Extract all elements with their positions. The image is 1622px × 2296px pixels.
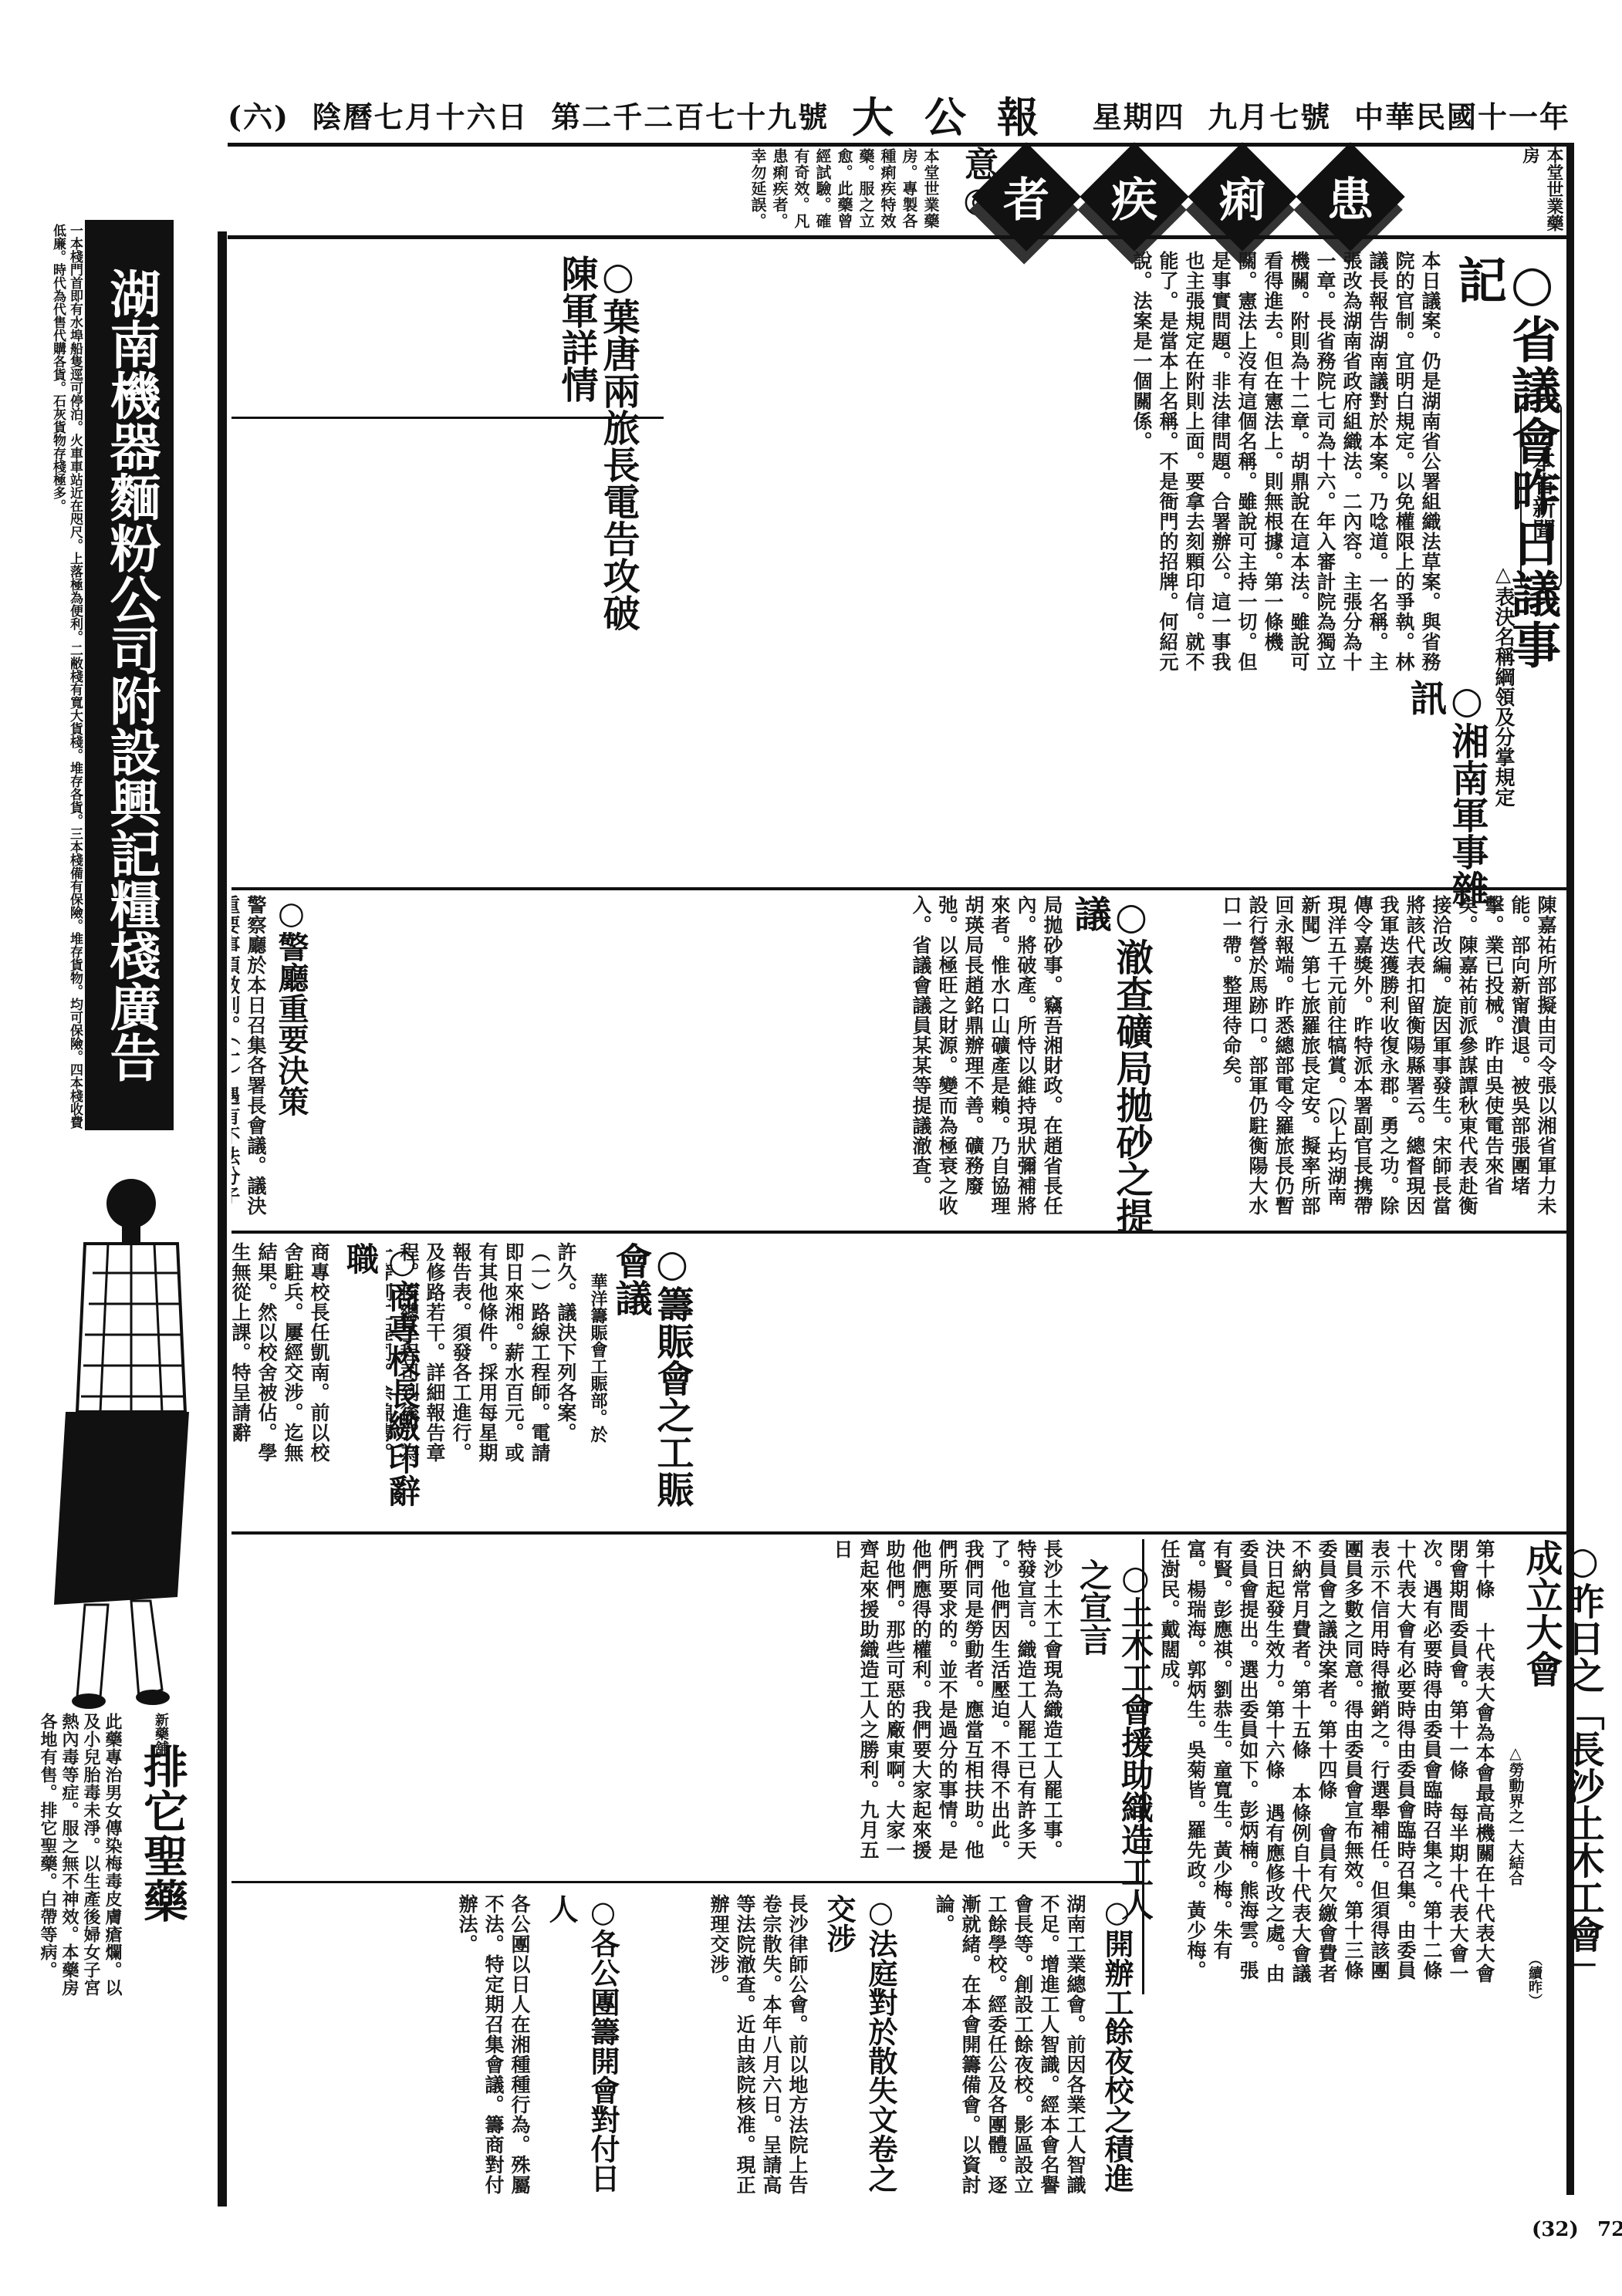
page-marker: (六) bbox=[228, 93, 289, 136]
lunar-date: 陰曆七月十六日 bbox=[313, 93, 529, 136]
page-number: (32) bbox=[1532, 2218, 1579, 2241]
body-changsha-union: 第十條 十代表大會為本會最高機關在十代表大會閉會期間委員會。第十一條 每半期十代… bbox=[1157, 1539, 1497, 1994]
date: 九月七號 bbox=[1208, 93, 1331, 136]
headline-circle-icon: ○ bbox=[1110, 895, 1153, 938]
subhead-relief: 華洋籌賑會工賑部。於 bbox=[586, 1273, 610, 1504]
headline-commerce-school: ○商專校長繳印辭職 bbox=[340, 1242, 423, 1520]
mid-rule-3 bbox=[231, 1531, 1566, 1535]
headline-circle-icon: ○ bbox=[596, 255, 640, 298]
continued-marker: （續昨） bbox=[1524, 1952, 1544, 2007]
mid-rule-1 bbox=[231, 887, 1566, 890]
headline-circle-icon: ○ bbox=[1503, 255, 1561, 314]
date-roc: 中華民國十一年 bbox=[1354, 93, 1570, 136]
mid-rule-2 bbox=[231, 1231, 1566, 1234]
left-frame-rule bbox=[218, 231, 227, 2207]
headline-union-declaration: ○土木工會援助織造工人之宣言 bbox=[1073, 1558, 1156, 1921]
headline-public-groups: ○各公團籌開會對付日人 bbox=[540, 1894, 623, 2203]
headline-xiangnan: ○湘南軍事雜訊 bbox=[1404, 679, 1488, 910]
sheet-number: 72 bbox=[1597, 2218, 1622, 2241]
masthead: (六) 陰曆七月十六日 第二千二百七十九號 大公報 星期四 九月七號 中華民國十… bbox=[228, 91, 1570, 137]
woman-figure-icon bbox=[23, 1157, 208, 1713]
headline-relief: ○籌賑會之工賑會議 bbox=[610, 1242, 693, 1520]
divider bbox=[231, 1881, 1142, 1883]
headline-circle-icon: ○ bbox=[1561, 1539, 1604, 1582]
top-strip-text: 本堂世業藥房。專製各種痢疾特效藥。服之立愈。此藥曾經試驗。確有奇效。凡患痢疾者。… bbox=[231, 148, 941, 233]
body-public-groups: 各公團以日人在湘種種行為。殊屬不法。特定期召集會議。籌商對付辦法。 bbox=[231, 1894, 532, 2203]
headline-mining: ○澈查礦局拋砂之提議 bbox=[1069, 895, 1152, 1265]
headline-circle-icon: ○ bbox=[1117, 1558, 1154, 1596]
headline-circle-icon: ○ bbox=[1100, 1894, 1134, 1929]
body-police: 警察廳於本日召集各署長會議。議決重要事項數則。（一）遇有不法分子擾亂治安。應嚴行… bbox=[231, 895, 269, 1219]
body-union-declaration: 長沙土木工會現為織造工人罷工事。特發宣言。織造工人罷工已有許多天了。他們因生活壓… bbox=[231, 1539, 1065, 1879]
medicine-ad-body: 此藥專治男女傳染梅毒皮膚瘡爛。以及小兒胎毒未淨。以生產後婦女子宮熱內毒等症。服之… bbox=[31, 1713, 123, 2006]
subhead-changsha-union: △勞動界之一大結合 bbox=[1505, 1744, 1527, 1975]
body-provincial-assembly: 本日議案。仍是湖南省公署組織法草案。與省務院的官制。宜明白規定。以免權限上的爭執… bbox=[231, 251, 1443, 683]
headline-circle-icon: ○ bbox=[384, 1242, 421, 1280]
body-commerce-school: 商專校長任凱南。前以校舍駐兵。屢經交涉。迄無結果。然以校舍被佔。學生無從上課。特… bbox=[231, 1242, 332, 1474]
body-court: 長沙律師公會。前以地方法院上告卷宗散失。本年八月六日。呈請高等法院澈查。近由該院… bbox=[602, 1894, 810, 2203]
top-ad-side-text: 本堂世業藥房 bbox=[1519, 147, 1566, 239]
fashion-illustration bbox=[23, 1157, 208, 1713]
paper-name: 大公報 bbox=[852, 85, 1070, 144]
weekday: 星期四 bbox=[1093, 93, 1185, 136]
body-xiangnan: 陳嘉祐所部擬由司令張以湘省軍力未能。部向新甯潰退。被吳部張團堵擊。業已投械。昨由… bbox=[1127, 895, 1559, 1219]
body-night-school: 湖南工業總會。前因各業工人智識不足。增進工人智識。經本會名譽會長等。創設工餘夜校… bbox=[872, 1894, 1088, 2203]
left-ad-body: 一本棧門首即有水埠船隻逕可停泊。火車車站近在咫尺。上落極為便利。二敝棧有寬大貨棧… bbox=[31, 224, 83, 1134]
headline-ye-tang: ○葉唐兩旅長電告攻破陳軍詳情 bbox=[556, 255, 639, 640]
headline-changsha-union: ○昨日之「長沙土木工會」成立大會 bbox=[1520, 1539, 1603, 2017]
top-ad-rule bbox=[228, 235, 1570, 239]
headline-court: ○法庭對於散失文卷之交涉 bbox=[818, 1894, 901, 2203]
subhead-provincial-assembly: △表決名稱綱領及分掌規定 bbox=[1489, 563, 1518, 872]
medicine-ad-title: 排它聖藥 bbox=[130, 1744, 194, 1990]
issue-number: 第二千二百七十九號 bbox=[551, 93, 829, 136]
headline-police: ○警廳重要決策 bbox=[270, 895, 312, 1188]
headline-circle-icon: ○ bbox=[586, 1894, 620, 1929]
headline-circle-icon: ○ bbox=[1445, 679, 1489, 722]
headline-circle-icon: ○ bbox=[863, 1894, 898, 1929]
headline-circle-icon: ○ bbox=[650, 1242, 694, 1285]
body-mining: 局拋砂事。竊吾湘財政。在趙省長任內。將破產。所恃以維持現狀彌補將來者。惟水口山礦… bbox=[772, 895, 1065, 1219]
headline-circle-icon: ○ bbox=[273, 895, 309, 931]
left-vertical-ad: 湖南機器麵粉公司附設興記糧棧廣告 bbox=[85, 220, 174, 1130]
headline-night-school: ○開辦工餘夜校之積進 bbox=[1096, 1894, 1137, 2203]
